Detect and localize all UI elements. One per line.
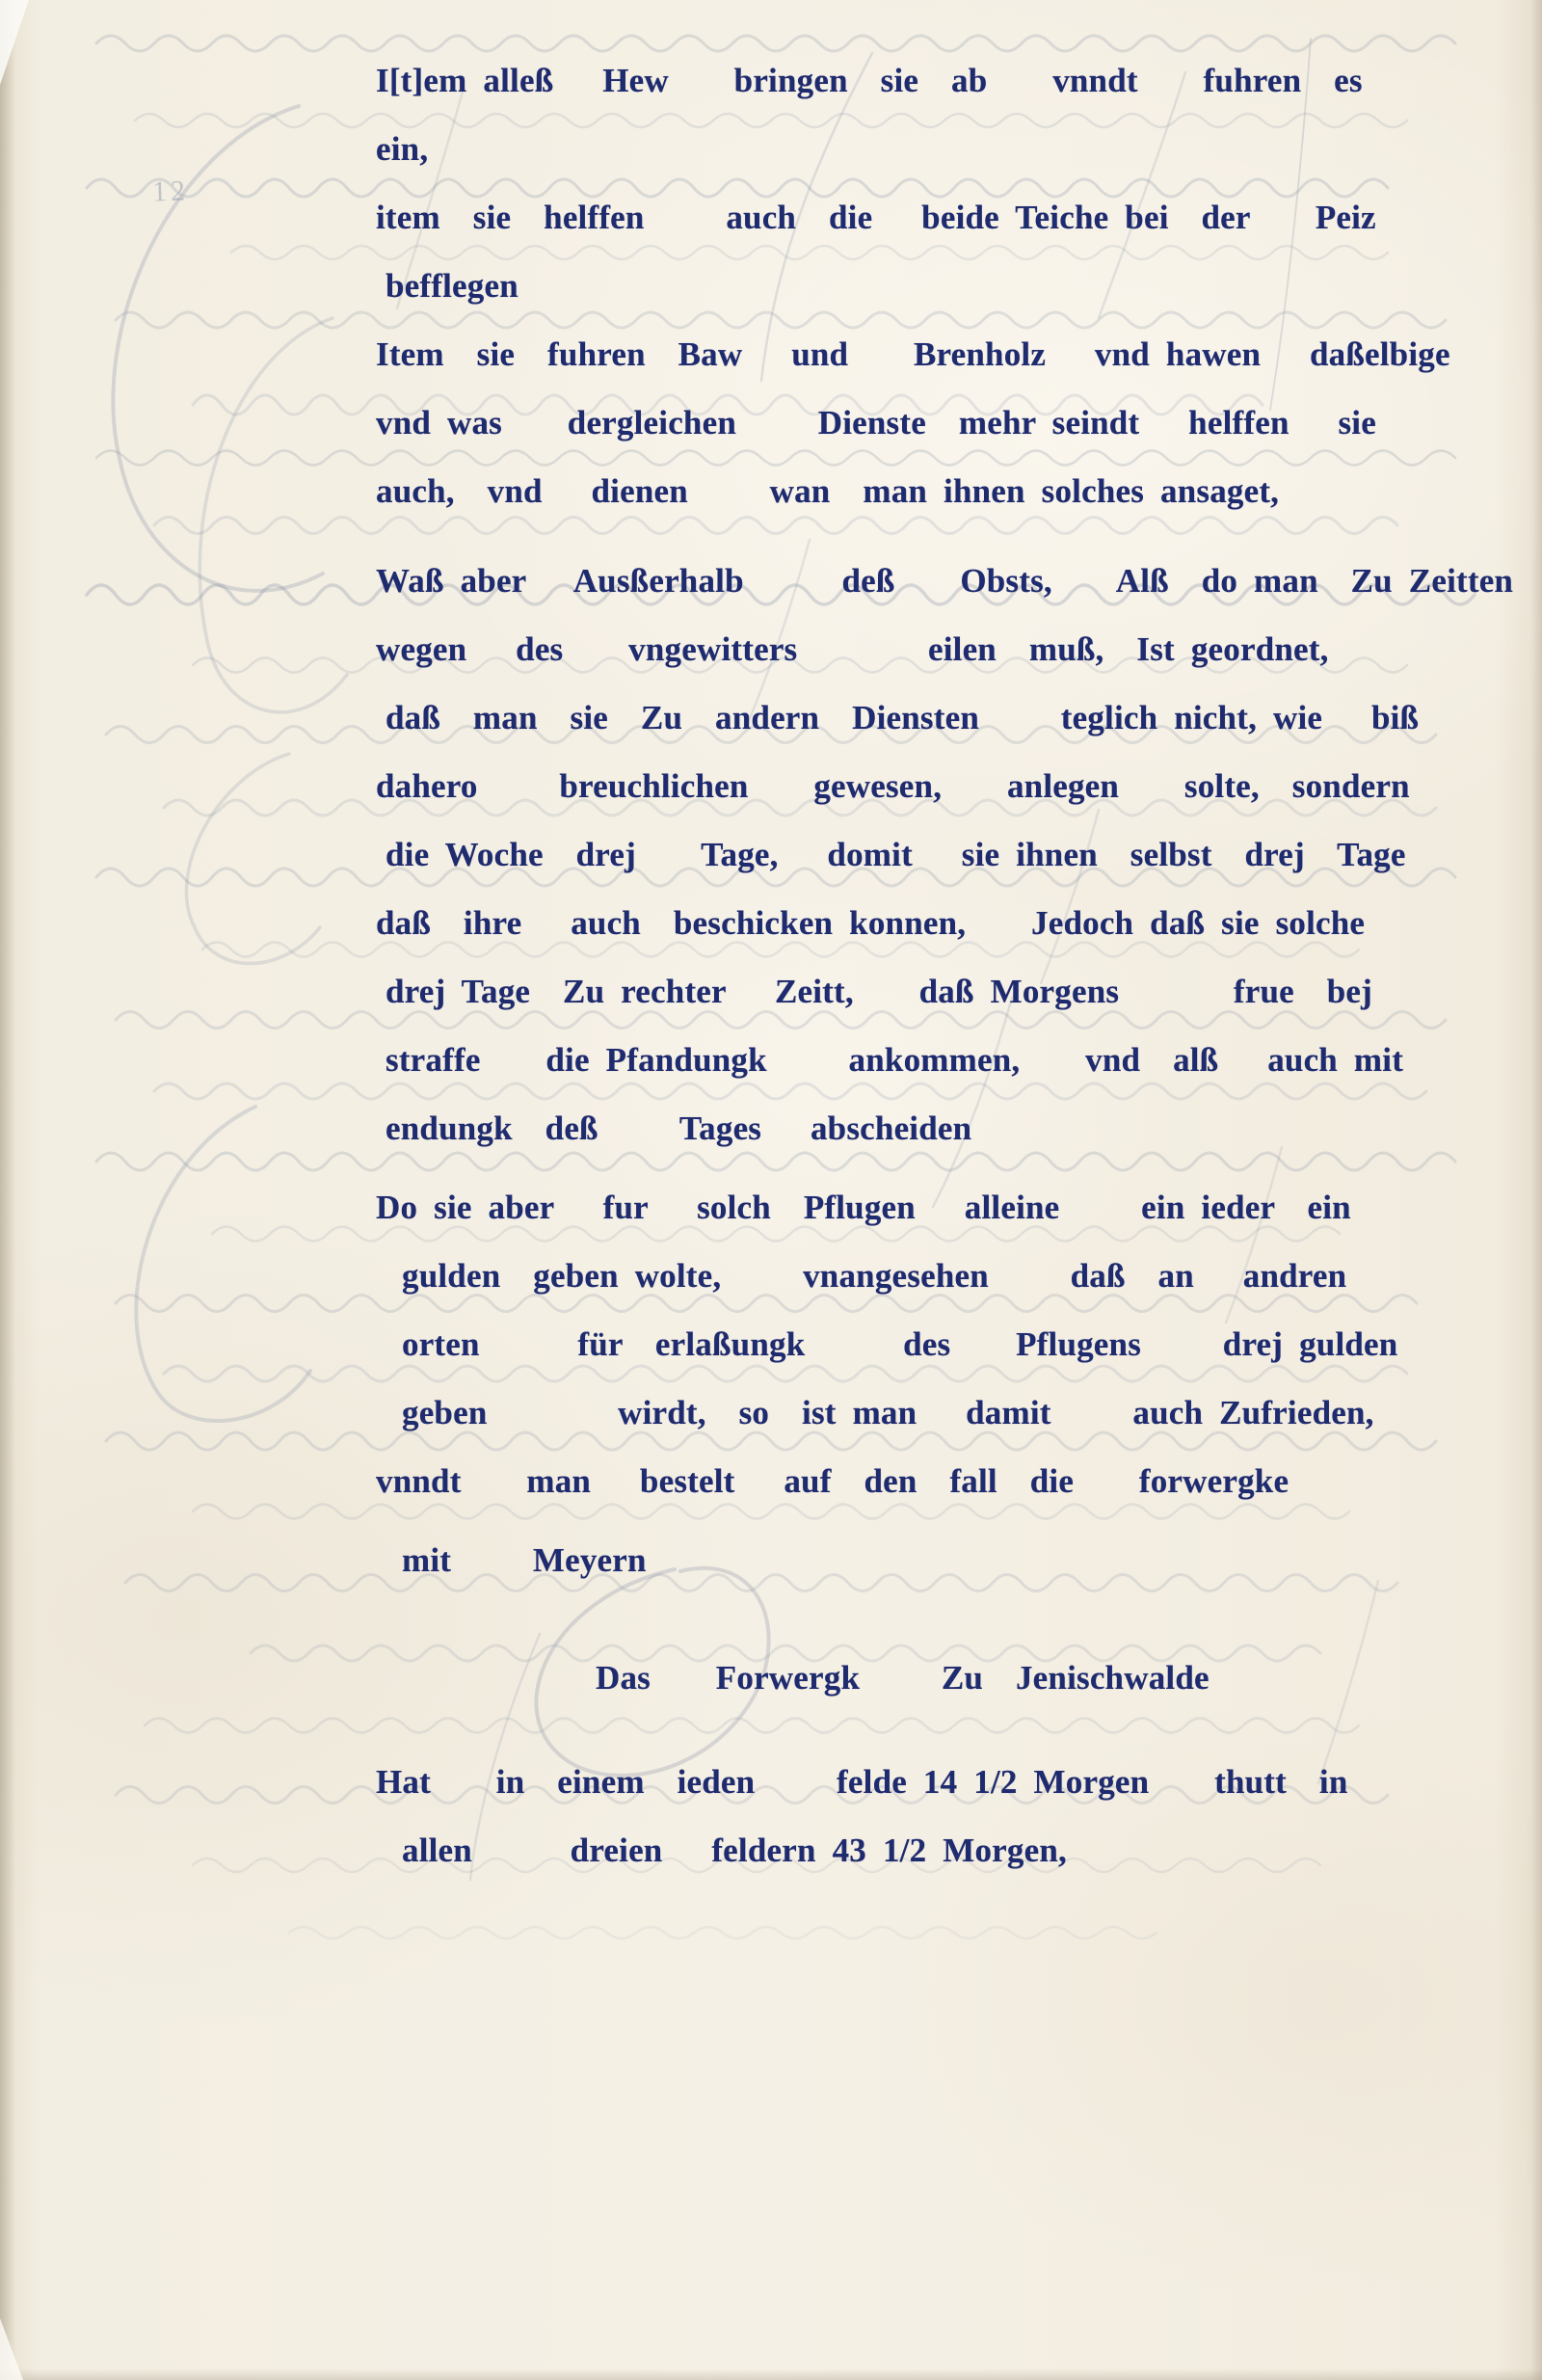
page-edge-shadow-left [0,0,15,2380]
text-line: vnd was dergleichen Dienste mehr seindt … [376,388,1455,457]
text-line: vnndt man bestelt auf den fall die forwe… [376,1447,1455,1515]
text-line: auch, vnd dienen wan man ihnen solches a… [376,457,1455,525]
page-edge-shadow-bottom [0,2368,1542,2380]
text-line: I[t]em alleß Hew bringen sie ab vnndt fu… [376,46,1455,115]
text-line: ein, [376,115,1455,183]
bleedthrough-page-number: 12 [151,174,189,208]
text-line: daß man sie Zu andern Diensten teglich n… [376,683,1455,752]
text-line: item sie helffen auch die beide Teiche b… [376,183,1455,252]
manuscript-page: 12 I[t]em alleß Hew bringen sie ab vnndt… [0,0,1542,2380]
text-line: Waß aber Ausßerhalb deß Obsts, Alß do ma… [376,547,1455,615]
torn-corner-top-left [0,0,29,85]
text-line: drej Tage Zu rechter Zeitt, daß Morgens … [376,957,1455,1026]
text-line: orten für erlaßungk des Pflugens drej gu… [376,1310,1455,1378]
text-line: mit Meyern [376,1526,1455,1594]
text-line: Item sie fuhren Baw und Brenholz vnd haw… [376,320,1455,388]
torn-corner-bottom-left [0,2318,23,2380]
text-line: Hat in einem ieden felde 14 1/2 Morgen t… [376,1748,1455,1816]
text-line: die Woche drej Tage, domit sie ihnen sel… [376,820,1455,889]
text-line: wegen des vngewitters eilen muß, Ist geo… [376,615,1455,683]
text-line: daß ihre auch beschicken konnen, Jedoch … [376,889,1455,957]
text-line: endungk deß Tages abscheiden [376,1094,1455,1163]
text-line: geben wirdt, so ist man damit auch Zufri… [376,1378,1455,1447]
text-line: dahero breuchlichen gewesen, anlegen sol… [376,752,1455,820]
text-line: gulden geben wolte, vnangesehen daß an a… [376,1242,1455,1310]
page-edge-shadow-right [1530,0,1542,2380]
transcription-text-block: I[t]em alleß Hew bringen sie ab vnndt fu… [376,46,1455,1885]
text-line: straffe die Pfandungk ankommen, vnd alß … [376,1026,1455,1094]
text-line: Do sie aber fur solch Pflugen alleine ei… [376,1173,1455,1242]
text-line: allen dreien feldern 43 1/2 Morgen, [376,1816,1455,1885]
section-heading: Das Forwergk Zu Jenischwalde [376,1644,1455,1712]
text-line: befflegen [376,252,1455,320]
